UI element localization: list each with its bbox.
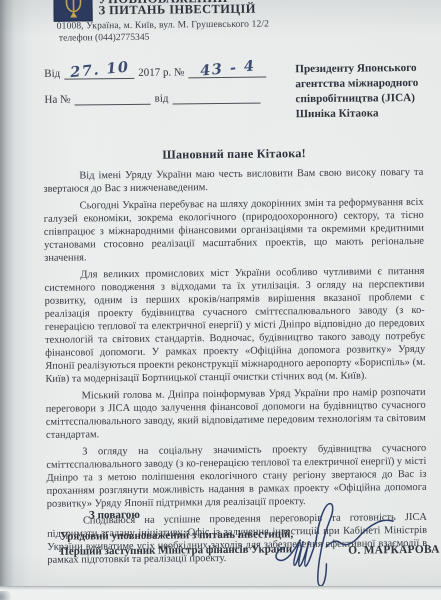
trident-icon xyxy=(58,0,88,21)
org-phone: телефон (044)2775345 xyxy=(59,32,150,44)
corner-smudge xyxy=(0,591,14,600)
paragraph: Від імені Уряду України маю честь вислов… xyxy=(43,166,423,196)
addressee-block: Президенту Японського агентства міжнарод… xyxy=(295,61,436,122)
addressee-line: Шиніка Кітаока xyxy=(296,106,436,122)
org-address: 01008, Україна, м. Київ, вул. М. Грушевс… xyxy=(57,18,269,31)
incoming-date-blank xyxy=(172,89,260,105)
incoming-number-label: На № xyxy=(44,94,70,106)
ukraine-trident-emblem-icon xyxy=(53,0,92,22)
incoming-from-label: від xyxy=(155,93,169,105)
outgoing-reference-row: Від 27. 10 2017 р. № 43 - 4 xyxy=(44,57,270,79)
salutation: Шановний пане Кітаока! xyxy=(43,145,425,164)
paragraph: Сьогодні Україна перебуває на шляху доко… xyxy=(44,196,425,265)
incoming-reference-row: На № від xyxy=(44,83,270,105)
paragraph: Для великих промислових міст України осо… xyxy=(44,265,425,386)
handwritten-date: 27. 10 xyxy=(70,58,131,81)
paragraph: Міський голова м. Дніпра поінформував Ур… xyxy=(46,386,427,442)
signer-name: О. МАРКАРОВА xyxy=(348,544,440,557)
year-label: 2017 р. № xyxy=(138,66,184,78)
addressee-line: агентства міжнародного xyxy=(295,76,435,92)
handwritten-number: 43 - 4 xyxy=(200,57,257,79)
org-name-line2: З ПИТАНЬ ІНВЕСТИЦІЙ xyxy=(99,2,256,19)
addressee-line: Президенту Японського xyxy=(295,61,435,77)
handwritten-signature xyxy=(269,494,400,590)
number-blank-line: 43 - 4 xyxy=(188,63,266,79)
paper-bottom-edge xyxy=(0,586,441,600)
incoming-number-blank xyxy=(75,90,151,106)
letter-photo: УПОВНОВАЖЕНИЙ З ПИТАНЬ ІНВЕСТИЦІЙ 01008,… xyxy=(0,0,441,600)
from-label: Від xyxy=(44,68,60,80)
date-blank-line: 27. 10 xyxy=(64,64,134,80)
closing-phrase: З повагою xyxy=(89,509,140,522)
reference-block: Від 27. 10 2017 р. № 43 - 4 На № від xyxy=(44,57,271,105)
addressee-line: співробітництва (JICA) xyxy=(295,91,435,107)
letter-sheet: УПОВНОВАЖЕНИЙ З ПИТАНЬ ІНВЕСТИЦІЙ 01008,… xyxy=(0,0,441,600)
